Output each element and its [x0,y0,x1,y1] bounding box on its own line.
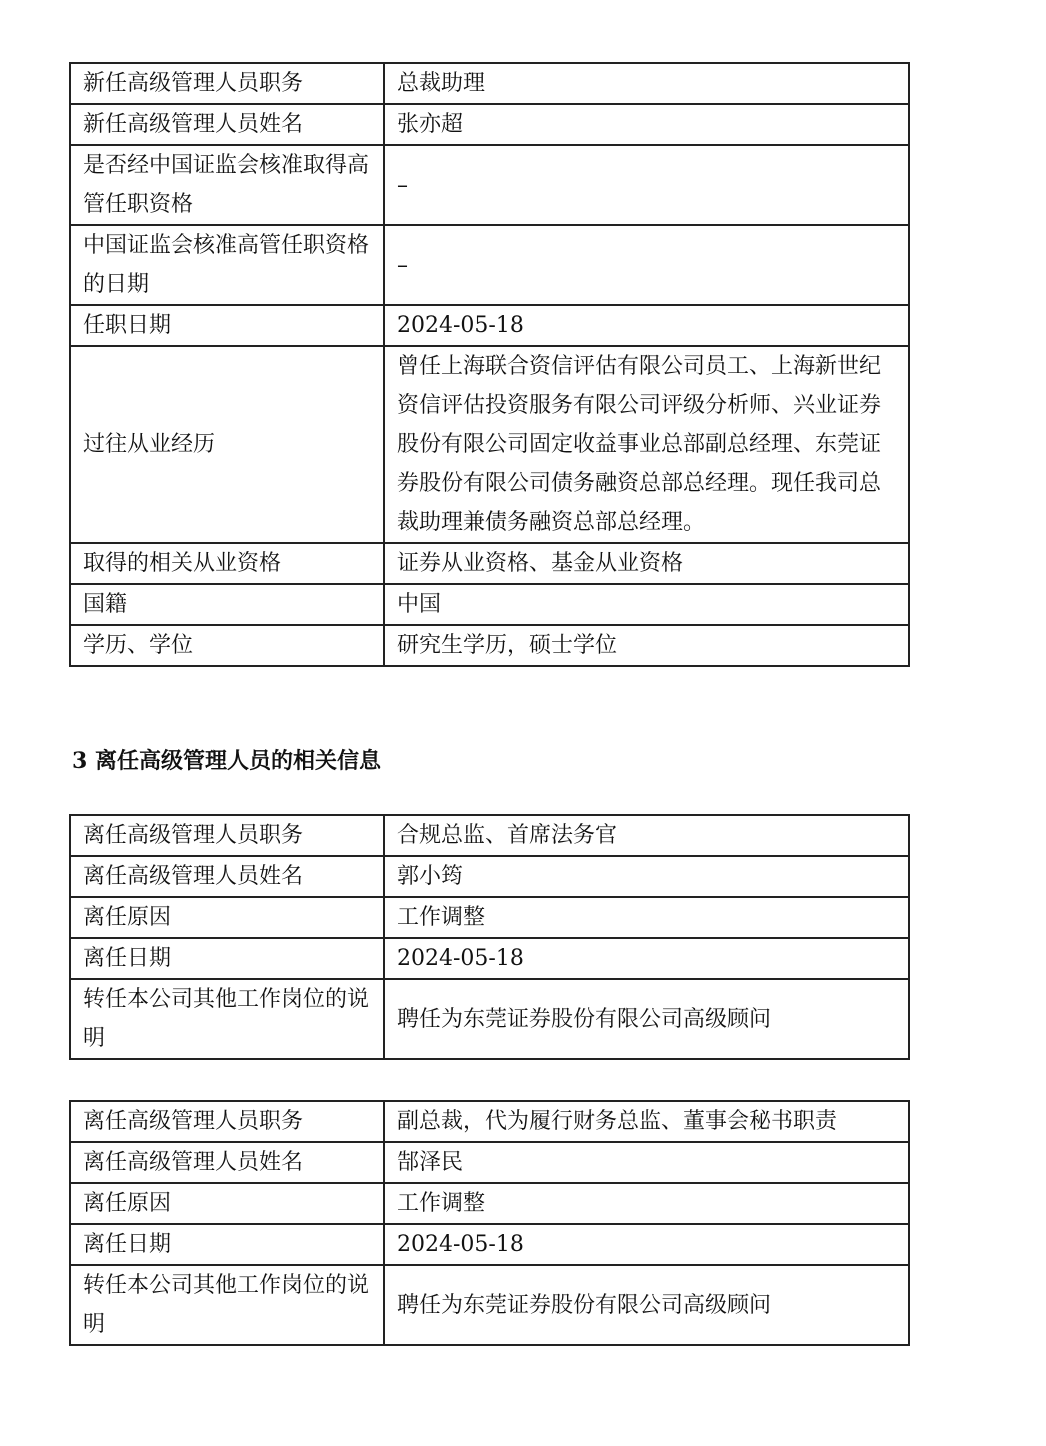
row-value: 2024-05-18 [384,305,909,346]
section-heading: 3 离任高级管理人员的相关信息 [72,744,381,775]
table-row: 离任日期 2024-05-18 [70,938,909,979]
table-row: 新任高级管理人员职务 总裁助理 [70,63,909,104]
row-value: 工作调整 [384,897,909,938]
row-label: 是否经中国证监会核准取得高管任职资格 [70,145,384,225]
row-label: 离任高级管理人员姓名 [70,856,384,897]
table-row: 国籍 中国 [70,584,909,625]
table-row: 中国证监会核准高管任职资格的日期 – [70,225,909,305]
table-row: 过往从业经历 曾任上海联合资信评估有限公司员工、上海新世纪资信评估投资服务有限公… [70,346,909,543]
row-value: 聘任为东莞证券股份有限公司高级顾问 [384,1265,909,1345]
row-label: 离任高级管理人员职务 [70,815,384,856]
row-value: 工作调整 [384,1183,909,1224]
table-row: 转任本公司其他工作岗位的说明 聘任为东莞证券股份有限公司高级顾问 [70,1265,909,1345]
row-value: – [384,145,909,225]
row-value: 总裁助理 [384,63,909,104]
table-row: 离任高级管理人员姓名 郭小筠 [70,856,909,897]
table-row: 任职日期 2024-05-18 [70,305,909,346]
table-row: 转任本公司其他工作岗位的说明 聘任为东莞证券股份有限公司高级顾问 [70,979,909,1059]
table-row: 离任高级管理人员姓名 郜泽民 [70,1142,909,1183]
row-label: 离任原因 [70,1183,384,1224]
row-label: 离任日期 [70,938,384,979]
row-label: 过往从业经历 [70,346,384,543]
row-label: 离任高级管理人员姓名 [70,1142,384,1183]
table-row: 离任原因 工作调整 [70,897,909,938]
row-value: 郜泽民 [384,1142,909,1183]
table-row: 离任高级管理人员职务 副总裁，代为履行财务总监、董事会秘书职责 [70,1101,909,1142]
row-label: 新任高级管理人员姓名 [70,104,384,145]
row-label: 转任本公司其他工作岗位的说明 [70,979,384,1059]
row-value: 曾任上海联合资信评估有限公司员工、上海新世纪资信评估投资服务有限公司评级分析师、… [384,346,909,543]
row-label: 离任原因 [70,897,384,938]
table-row: 离任日期 2024-05-18 [70,1224,909,1265]
departed-officer-table-2: 离任高级管理人员职务 副总裁，代为履行财务总监、董事会秘书职责 离任高级管理人员… [69,1100,910,1346]
row-value: 研究生学历，硕士学位 [384,625,909,666]
row-label: 任职日期 [70,305,384,346]
row-label: 新任高级管理人员职务 [70,63,384,104]
row-label: 学历、学位 [70,625,384,666]
row-value: 副总裁，代为履行财务总监、董事会秘书职责 [384,1101,909,1142]
row-value: 合规总监、首席法务官 [384,815,909,856]
row-value: 中国 [384,584,909,625]
row-value: 聘任为东莞证券股份有限公司高级顾问 [384,979,909,1059]
table-row: 离任原因 工作调整 [70,1183,909,1224]
new-officer-table: 新任高级管理人员职务 总裁助理 新任高级管理人员姓名 张亦超 是否经中国证监会核… [69,62,910,667]
row-label: 中国证监会核准高管任职资格的日期 [70,225,384,305]
row-value: – [384,225,909,305]
row-label: 转任本公司其他工作岗位的说明 [70,1265,384,1345]
row-value: 2024-05-18 [384,938,909,979]
row-label: 国籍 [70,584,384,625]
table-row: 是否经中国证监会核准取得高管任职资格 – [70,145,909,225]
row-value: 郭小筠 [384,856,909,897]
row-value: 2024-05-18 [384,1224,909,1265]
table-row: 离任高级管理人员职务 合规总监、首席法务官 [70,815,909,856]
table-row: 学历、学位 研究生学历，硕士学位 [70,625,909,666]
row-label: 取得的相关从业资格 [70,543,384,584]
row-value: 证券从业资格、基金从业资格 [384,543,909,584]
table-row: 取得的相关从业资格 证券从业资格、基金从业资格 [70,543,909,584]
row-label: 离任高级管理人员职务 [70,1101,384,1142]
table-row: 新任高级管理人员姓名 张亦超 [70,104,909,145]
row-value: 张亦超 [384,104,909,145]
departed-officer-table-1: 离任高级管理人员职务 合规总监、首席法务官 离任高级管理人员姓名 郭小筠 离任原… [69,814,910,1060]
row-label: 离任日期 [70,1224,384,1265]
